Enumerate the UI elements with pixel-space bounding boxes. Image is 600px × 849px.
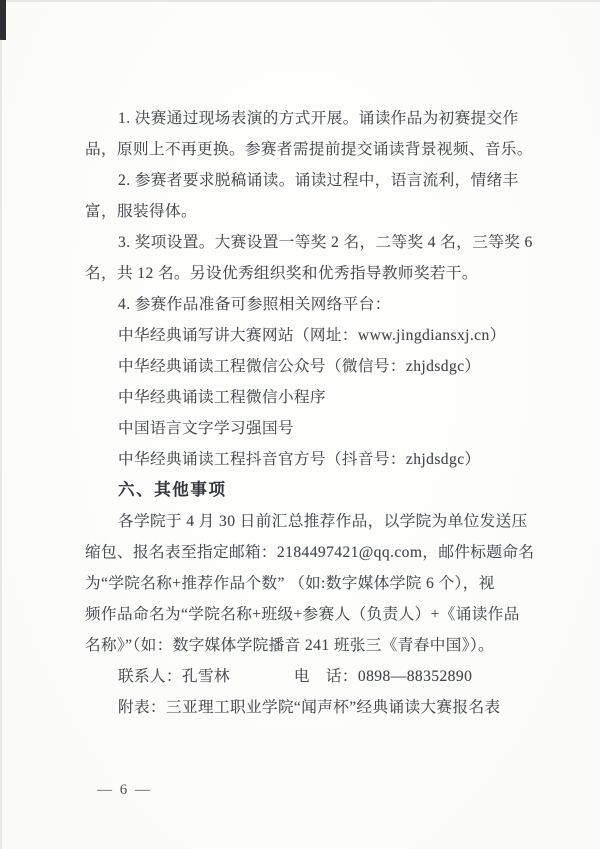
body-text: 1. 决赛通过现场表演的方式开展。诵读作品为初赛提交作 品，原则上不再更换。参赛… xyxy=(85,103,523,723)
doc-line-naming-example: 名称》”（如：数字媒体学院播音 241 班张三《青春中国》）。 xyxy=(85,630,523,661)
section-heading-other-matters: 六、其他事项 xyxy=(85,475,523,506)
page-number: — 6 — xyxy=(97,782,152,799)
doc-line-final-format-cont: 品，原则上不再更换。参赛者需提前提交诵读背景视频、音乐。 xyxy=(85,134,523,165)
doc-line-submission: 各学院于 4 月 30 日前汇总推荐作品，以学院为单位发送压 xyxy=(85,506,523,537)
doc-line-platform-website: 中华经典诵写讲大赛网站（网址：www.jingdiansxj.cn） xyxy=(85,320,523,351)
doc-line-awards-cont: 名，共 12 名。另设优秀组织奖和优秀指导教师奖若干。 xyxy=(85,258,523,289)
doc-line-recite-rules: 2. 参赛者要求脱稿诵读。诵读过程中，语言流利，情绪丰 xyxy=(85,165,523,196)
doc-line-naming-rule-cont: 频作品命名为“学院名称+班级+参赛人（负责人）+《诵读作品 xyxy=(85,599,523,630)
doc-line-awards: 3. 奖项设置。大赛设置一等奖 2 名，二等奖 4 名，三等奖 6 xyxy=(85,227,523,258)
doc-line-platform-xuexi: 中国语言文字学习强国号 xyxy=(85,413,523,444)
doc-line-platform-wechat: 中华经典诵读工程微信公众号（微信号：zhjdsdgc） xyxy=(85,351,523,382)
doc-line-final-format: 1. 决赛通过现场表演的方式开展。诵读作品为初赛提交作 xyxy=(85,103,523,134)
doc-line-platform-miniapp: 中华经典诵读工程微信小程序 xyxy=(85,382,523,413)
document-page: { "page": { "background_color": "#fdfdfb… xyxy=(0,0,600,849)
doc-line-naming-rule: 为“学院名称+推荐作品个数” （如:数字媒体学院 6 个），视 xyxy=(85,568,523,599)
scan-artifact-left-edge xyxy=(0,0,6,40)
scan-artifact-top-edge xyxy=(0,0,600,2)
doc-line-submission-email: 缩包、报名表至指定邮箱：2184497421@qq.com，邮件标题命名 xyxy=(85,537,523,568)
doc-line-platform-douyin: 中华经典诵读工程抖音官方号（抖音号：zhjdsdgc） xyxy=(85,444,523,475)
doc-line-attachment: 附表：三亚理工职业学院“闻声杯”经典诵读大赛报名表 xyxy=(85,692,523,723)
doc-line-recite-rules-cont: 富，服装得体。 xyxy=(85,196,523,227)
scan-artifact-left-shadow xyxy=(0,38,2,849)
doc-line-reference-platforms: 4. 参赛作品准备可参照相关网络平台： xyxy=(85,289,523,320)
doc-line-contact-phone: 联系人：孔雪林 电 话：0898—88352890 xyxy=(85,661,523,692)
